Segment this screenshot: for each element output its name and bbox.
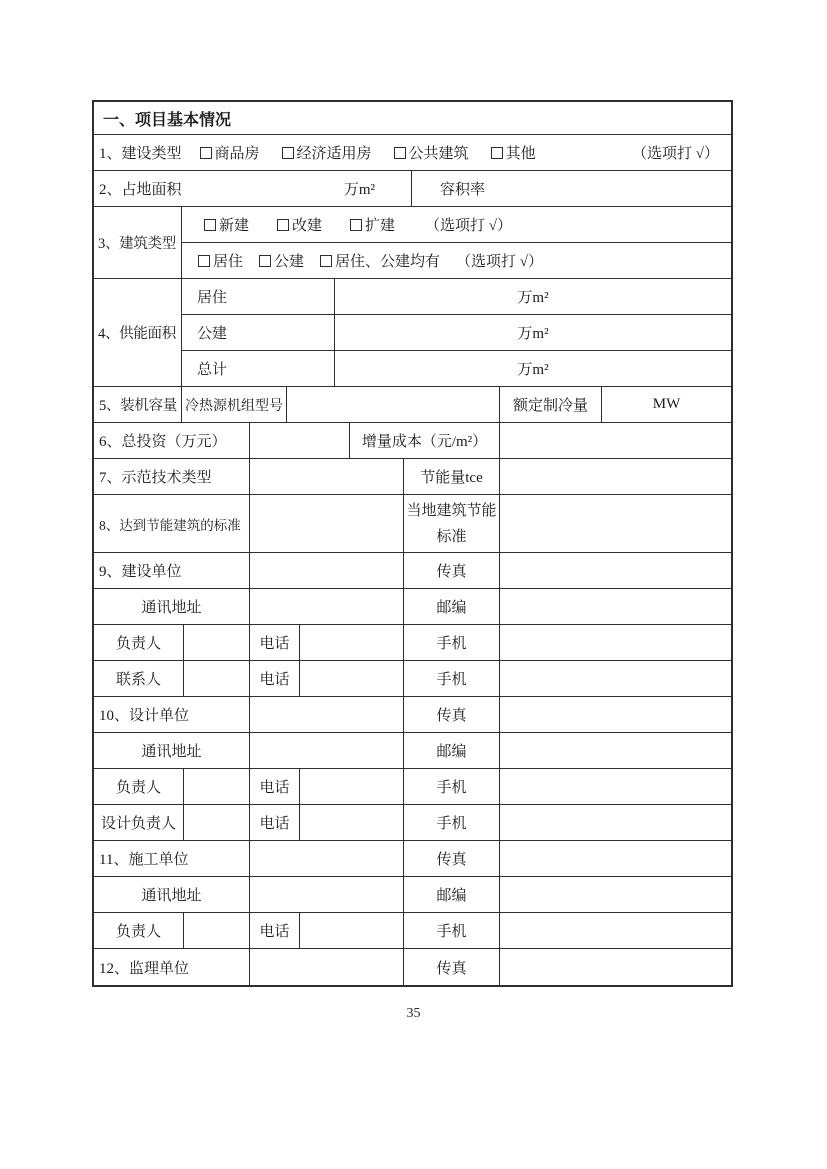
row-efficiency-standard: 8、达到节能建筑的标准 当地建筑节能标准 — [94, 495, 731, 553]
building-type-line2: 居住 公建 居住、公建均有 （选项打 √） — [182, 243, 731, 278]
local-standard-label: 当地建筑节能标准 — [404, 495, 500, 552]
leader-label: 负责人 — [94, 769, 184, 804]
incremental-cost-label: 增量成本（元/m²） — [350, 423, 500, 458]
phone-value-cell[interactable] — [300, 805, 404, 840]
document-page: 一、项目基本情况 1、建设类型 商品房 经济适用房 公共建筑 — [0, 0, 827, 1169]
checkbox-icon[interactable] — [394, 147, 406, 159]
row-design-unit: 10、设计单位 传真 — [94, 697, 731, 733]
row-construction-unit: 9、建设单位 传真 — [94, 553, 731, 589]
leader-label: 负责人 — [94, 913, 184, 948]
construction-unit-label: 9、建设单位 — [94, 553, 250, 588]
installed-capacity-label: 5、装机容量 — [94, 387, 182, 422]
option-label: 商品房 — [215, 142, 260, 163]
fax-label: 传真 — [404, 841, 500, 876]
check-hint: （选项打 √） — [425, 214, 512, 235]
leader-value-cell[interactable] — [184, 625, 250, 660]
fax-label: 传真 — [404, 949, 500, 985]
mobile-label: 手机 — [404, 769, 500, 804]
option-label: 改建 — [292, 214, 322, 235]
row-construction-type: 1、建设类型 商品房 经济适用房 公共建筑 其他 （选项打 √） — [94, 135, 731, 171]
total-investment-value-cell[interactable] — [250, 423, 350, 458]
efficiency-standard-label: 8、达到节能建筑的标准 — [94, 495, 250, 552]
phone-value-cell[interactable] — [300, 913, 404, 948]
land-area-cell[interactable]: 2、占地面积 万m² — [94, 171, 412, 206]
construction-type-label: 1、建设类型 — [99, 142, 182, 163]
row-builder-unit: 11、施工单位 传真 — [94, 841, 731, 877]
supply-area-label: 4、供能面积 — [94, 279, 182, 386]
efficiency-standard-value-cell[interactable] — [250, 495, 404, 552]
supply-area-residential-row: 居住 万m² — [182, 279, 731, 315]
phone-label: 电话 — [250, 913, 300, 948]
row-construction-leader: 负责人 电话 手机 — [94, 625, 731, 661]
area-unit: 万m² — [517, 286, 548, 307]
phone-value-cell[interactable] — [300, 661, 404, 696]
zip-label: 邮编 — [404, 733, 500, 768]
option-label: 居住、公建均有 — [335, 250, 440, 271]
check-hint: （选项打 √） — [456, 250, 543, 271]
fax-value-cell[interactable] — [500, 553, 731, 588]
option-label: 新建 — [219, 214, 249, 235]
construction-unit-value-cell[interactable] — [250, 553, 404, 588]
contact-value-cell[interactable] — [184, 661, 250, 696]
checkbox-icon[interactable] — [198, 255, 210, 267]
row-supply-area: 4、供能面积 居住 万m² 公建 万m² — [94, 279, 731, 387]
supply-area-public-row: 公建 万m² — [182, 315, 731, 351]
unit-model-value-cell[interactable] — [287, 387, 500, 422]
option-label: 扩建 — [365, 214, 395, 235]
leader-label: 负责人 — [94, 625, 184, 660]
land-area-unit: 万m² — [344, 178, 375, 199]
fax-value-cell[interactable] — [500, 949, 731, 985]
public-label: 公建 — [182, 315, 335, 350]
public-area-cell[interactable]: 万m² — [335, 315, 731, 350]
address-label: 通讯地址 — [94, 589, 250, 624]
row-design-leader: 负责人 电话 手机 — [94, 769, 731, 805]
mobile-label: 手机 — [404, 805, 500, 840]
mobile-label: 手机 — [404, 913, 500, 948]
area-unit: 万m² — [517, 358, 548, 379]
mobile-value-cell[interactable] — [500, 625, 731, 660]
phone-label: 电话 — [250, 805, 300, 840]
mobile-label: 手机 — [404, 661, 500, 696]
mobile-label: 手机 — [404, 625, 500, 660]
leader-value-cell[interactable] — [184, 913, 250, 948]
option-label: 其他 — [506, 142, 536, 163]
row-builder-address: 通讯地址 邮编 — [94, 877, 731, 913]
design-unit-value-cell[interactable] — [250, 697, 404, 732]
builder-unit-label: 11、施工单位 — [94, 841, 250, 876]
phone-label: 电话 — [250, 661, 300, 696]
row-design-address: 通讯地址 邮编 — [94, 733, 731, 769]
area-unit: 万m² — [517, 322, 548, 343]
checkbox-icon[interactable] — [259, 255, 271, 267]
zip-label: 邮编 — [404, 877, 500, 912]
rated-cooling-unit: MW — [602, 387, 731, 422]
address-label: 通讯地址 — [94, 733, 250, 768]
design-leader-value-cell[interactable] — [184, 805, 250, 840]
building-type-label: 3、建筑类型 — [94, 207, 182, 278]
address-value-cell[interactable] — [250, 733, 404, 768]
residential-label: 居住 — [182, 279, 335, 314]
row-land-area: 2、占地面积 万m² 容积率 — [94, 171, 731, 207]
construction-type-cell: 1、建设类型 商品房 经济适用房 公共建筑 其他 （选项打 √） — [94, 135, 731, 170]
supervision-unit-label: 12、监理单位 — [94, 949, 250, 985]
table-title: 一、项目基本情况 — [94, 102, 731, 134]
energy-saving-label: 节能量tce — [404, 459, 500, 494]
fax-value-cell[interactable] — [500, 841, 731, 876]
fax-label: 传真 — [404, 697, 500, 732]
mobile-value-cell[interactable] — [500, 805, 731, 840]
checkbox-icon[interactable] — [491, 147, 503, 159]
table-title-row: 一、项目基本情况 — [94, 102, 731, 135]
zip-value-cell[interactable] — [500, 877, 731, 912]
checkbox-icon[interactable] — [204, 219, 216, 231]
checkbox-icon[interactable] — [320, 255, 332, 267]
fax-label: 传真 — [404, 553, 500, 588]
building-type-line1: 新建 改建 扩建 （选项打 √） — [182, 207, 731, 243]
mobile-value-cell[interactable] — [500, 913, 731, 948]
demo-technology-value-cell[interactable] — [250, 459, 404, 494]
project-basic-info-table: 一、项目基本情况 1、建设类型 商品房 经济适用房 公共建筑 — [92, 100, 733, 987]
row-installed-capacity: 5、装机容量 冷热源机组型号 额定制冷量 MW — [94, 387, 731, 423]
option-label: 公共建筑 — [409, 142, 469, 163]
page-number: 35 — [0, 1006, 827, 1022]
row-construction-address: 通讯地址 邮编 — [94, 589, 731, 625]
fax-value-cell[interactable] — [500, 697, 731, 732]
plot-ratio-label: 容积率 — [440, 178, 485, 199]
row-design-chief: 设计负责人 电话 手机 — [94, 805, 731, 841]
zip-label: 邮编 — [404, 589, 500, 624]
plot-ratio-cell[interactable]: 容积率 — [412, 171, 731, 206]
checkbox-icon[interactable] — [350, 219, 362, 231]
zip-value-cell[interactable] — [500, 589, 731, 624]
total-investment-label: 6、总投资（万元） — [94, 423, 250, 458]
address-value-cell[interactable] — [250, 589, 404, 624]
row-building-type: 3、建筑类型 新建 改建 扩建 （选项打 √） — [94, 207, 731, 279]
rated-cooling-label: 额定制冷量 — [500, 387, 602, 422]
row-total-investment: 6、总投资（万元） 增量成本（元/m²） — [94, 423, 731, 459]
leader-value-cell[interactable] — [184, 769, 250, 804]
residential-area-cell[interactable]: 万m² — [335, 279, 731, 314]
builder-unit-value-cell[interactable] — [250, 841, 404, 876]
contact-label: 联系人 — [94, 661, 184, 696]
phone-label: 电话 — [250, 769, 300, 804]
phone-label: 电话 — [250, 625, 300, 660]
phone-value-cell[interactable] — [300, 625, 404, 660]
total-label: 总计 — [182, 351, 335, 386]
unit-model-label: 冷热源机组型号 — [182, 387, 287, 422]
option-label: 公建 — [274, 250, 304, 271]
option-label: 居住 — [213, 250, 243, 271]
phone-value-cell[interactable] — [300, 769, 404, 804]
mobile-value-cell[interactable] — [500, 661, 731, 696]
row-supervision-unit: 12、监理单位 传真 — [94, 949, 731, 985]
design-unit-label: 10、设计单位 — [94, 697, 250, 732]
total-area-cell[interactable]: 万m² — [335, 351, 731, 386]
land-area-label: 2、占地面积 — [99, 178, 182, 199]
supervision-unit-value-cell[interactable] — [250, 949, 404, 985]
demo-technology-label: 7、示范技术类型 — [94, 459, 250, 494]
checkbox-icon[interactable] — [282, 147, 294, 159]
checkbox-icon[interactable] — [200, 147, 212, 159]
row-construction-contact: 联系人 电话 手机 — [94, 661, 731, 697]
zip-value-cell[interactable] — [500, 733, 731, 768]
design-leader-label: 设计负责人 — [94, 805, 184, 840]
local-standard-value-cell[interactable] — [500, 495, 731, 552]
row-demo-technology: 7、示范技术类型 节能量tce — [94, 459, 731, 495]
incremental-cost-value-cell[interactable] — [500, 423, 731, 458]
supply-area-total-row: 总计 万m² — [182, 351, 731, 386]
mobile-value-cell[interactable] — [500, 769, 731, 804]
address-label: 通讯地址 — [94, 877, 250, 912]
check-hint: （选项打 √） — [632, 142, 731, 163]
row-builder-leader: 负责人 电话 手机 — [94, 913, 731, 949]
option-label: 经济适用房 — [297, 142, 372, 163]
energy-saving-value-cell[interactable] — [500, 459, 731, 494]
checkbox-icon[interactable] — [277, 219, 289, 231]
address-value-cell[interactable] — [250, 877, 404, 912]
